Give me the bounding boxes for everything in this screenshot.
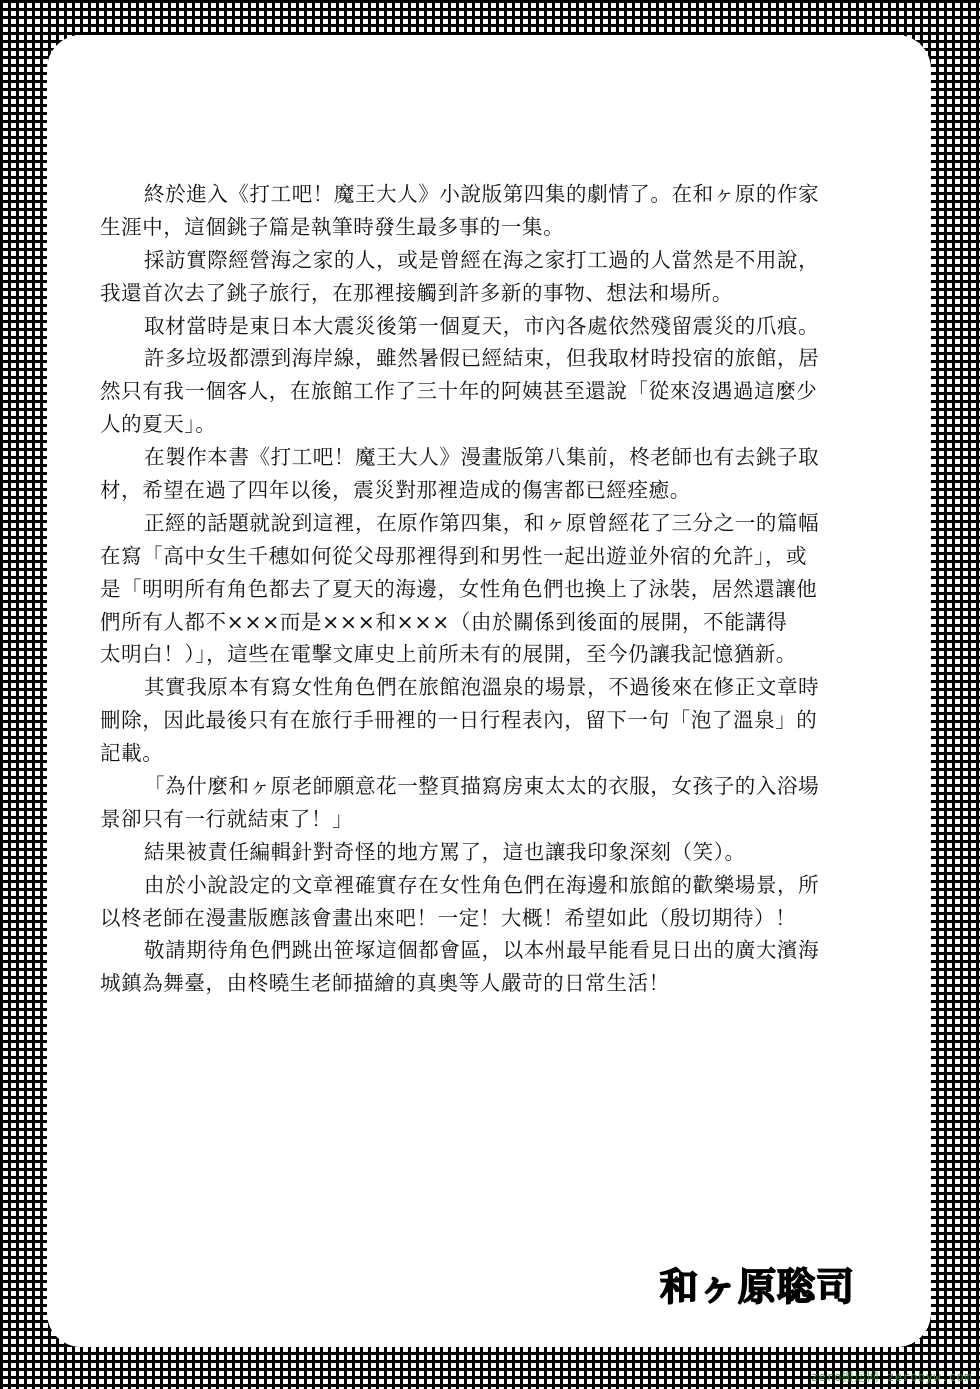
text-line: 採訪實際經營海之家的人，或是曾經在海之家打工過的人當然是不用說，: [100, 244, 845, 277]
text-line: 結果被責任編輯針對奇怪的地方罵了，這也讓我印象深刻（笑）。: [100, 836, 845, 869]
text-line: 我還首次去了銚子旅行，在那裡接觸到許多新的事物、想法和場所。: [100, 277, 845, 310]
text-line: 太明白！）」，這些在電擊文庫史上前所未有的展開，至今仍讓我記憶猶新。: [100, 638, 845, 671]
text-line: 其實我原本有寫女性角色們在旅館泡溫泉的場景，不過後來在修正文章時: [100, 671, 845, 704]
text-line: 城鎮為舞臺，由柊曉生老師描繪的真奧等人嚴苛的日常生活！: [100, 967, 845, 1000]
text-line: 記載。: [100, 737, 845, 770]
text-line: 人的夏天」。: [100, 408, 845, 441]
text-line: 「為什麼和ヶ原老師願意花一整頁描寫房東太太的衣服，女孩子的入浴場: [100, 770, 845, 803]
afterword-text: 終於進入《打工吧！魔王大人》小說版第四集的劇情了。在和ヶ原的作家生涯中，這個銚子…: [100, 178, 845, 1000]
text-line: 在寫「高中女生千穗如何從父母那裡得到和男性一起出遊並外宿的允許」，或: [100, 540, 845, 573]
text-line: 終於進入《打工吧！魔王大人》小說版第四集的劇情了。在和ヶ原的作家: [100, 178, 845, 211]
text-line: 然只有我一個客人，在旅館工作了三十年的阿姨甚至還說「從來沒遇過這麼少: [100, 375, 845, 408]
text-line: 生涯中，這個銚子篇是執筆時發生最多事的一集。: [100, 211, 845, 244]
text-line: 材，希望在過了四年以後，震災對那裡造成的傷害都已經痊癒。: [100, 474, 845, 507]
text-line: 敬請期待角色們跳出笹塚這個都會區，以本州最早能看見日出的廣大濱海: [100, 934, 845, 967]
text-line: 許多垃圾都漂到海岸線，雖然暑假已經結束，但我取材時投宿的旅館，居: [100, 342, 845, 375]
text-line: 刪除，因此最後只有在旅行手冊裡的一日行程表內，留下一句「泡了溫泉」的: [100, 704, 845, 737]
watermark: zero搬运网 zerobyw.com: [811, 1368, 972, 1385]
text-line: 景卻只有一行就結束了！」: [100, 803, 845, 836]
text-line: 們所有人都不×××而是×××和×××（由於關係到後面的展開，不能講得: [100, 606, 845, 639]
author-signature: 和ヶ原聡司: [660, 1256, 855, 1311]
text-line: 由於小說設定的文章裡確實存在女性角色們在海邊和旅館的歡樂場景，所: [100, 869, 845, 902]
text-line: 在製作本書《打工吧！魔王大人》漫畫版第八集前，柊老師也有去銚子取: [100, 441, 845, 474]
text-line: 以柊老師在漫畫版應該會畫出來吧！一定！大概！希望如此（殷切期待）！: [100, 902, 845, 935]
text-line: 正經的話題就說到這裡，在原作第四集，和ヶ原曾經花了三分之一的篇幅: [100, 507, 845, 540]
text-line: 是「明明所有角色都去了夏天的海邊，女性角色們也換上了泳裝，居然還讓他: [100, 573, 845, 606]
text-line: 取材當時是東日本大震災後第一個夏天，市內各處依然殘留震災的爪痕。: [100, 310, 845, 343]
